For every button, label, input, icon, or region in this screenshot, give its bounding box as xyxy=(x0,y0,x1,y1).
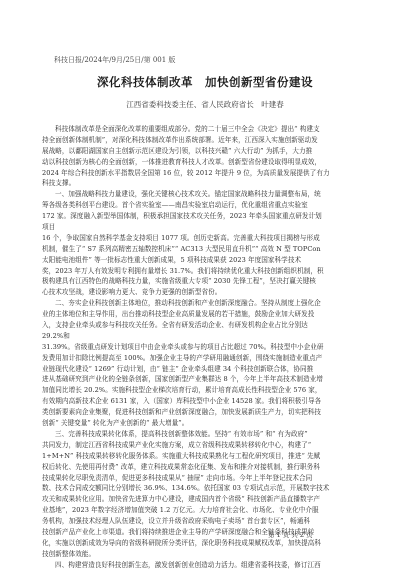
page-number: 第 1 页 共 2 页 xyxy=(268,530,313,539)
text-line: 展战略，以鄱阳湖国家自主创新示范区建设为引领，以科技兴赣“ 六大行动” 为抓手，… xyxy=(42,146,387,157)
text-line: 机制，催生了“ S7 系列高精密五轴数控机床”“ AC313 大型民用直升机”“… xyxy=(42,244,387,255)
text-line: 2024 年综合科技创新水平指数居全国第 16 位，较 2012 年提升 9 位… xyxy=(42,168,387,179)
text-line: 四、构建营造良好科技创新生态，激发创新创业创造动力活力。组建省委科技委，修订江西 xyxy=(42,560,387,571)
text-line: 技创新整体效能。 xyxy=(42,549,387,560)
text-line: 三、完善科技成果转化体系，提高科技创新整体效能。坚持“ 有效市场” 和“ 有为政… xyxy=(42,429,387,440)
publication-source: 科技日报/2024年/9月/25日/第 001 版 xyxy=(54,55,175,65)
text-line: 有效期内高新技术企业 6131 家，入（国家）库科技型中小企业 14528 家。… xyxy=(42,396,387,407)
text-line: 进从基础研究到产业化的全链条创新，国家创新型产业集群达 8 个，今年上半年高技术… xyxy=(42,374,387,385)
text-line: 筹各级各类科创平台建设。首个省实验室——南昌实验室启动运行，优化重组省重点实验室 xyxy=(42,200,387,211)
text-line: 项目 xyxy=(42,222,387,233)
text-line: 动以科技创新为核心的全面创新，一体推进教育科技人才改革。创新型省份建设取得明显成… xyxy=(42,157,387,168)
text-line: 数、技术合同成交额同比分别增长 36.9%、134.6%。依托国家 03 专项试… xyxy=(42,483,387,494)
text-line: 太阳能电池组件” 等一批标志性重大创新成果，5 项科技成果获 2023 年度国家… xyxy=(42,255,387,266)
text-line: 技成果转化尽职免责清单，促进更多科技成果从“ 抽屉” 走向市场。今年上半年登记技… xyxy=(42,473,387,484)
text-line: 技创新产品产业化上市渠道。我们将持续推进企业主导的产学研深度融合和全链条科技成果… xyxy=(42,527,387,538)
text-line: 业基地”，2023 年数字经济增加值突破 1.2 万亿元。大力培育社会化、市场化… xyxy=(42,505,387,516)
text-line: 29.2%和 xyxy=(42,331,387,342)
article-author: 江西省委科技委主任、省人民政府省长 叶建春 xyxy=(0,99,410,110)
text-line: 奖，2023 年万人有效发明专利拥有量增长 31.7%。我们将持续优化重大科技创… xyxy=(42,266,387,277)
text-line: 业链现代化建设“ 1269” 行动计划，由“ 链主” 企业牵头组建 34 个科技… xyxy=(42,364,387,375)
document-page: 科技日报/2024年/9月/25日/第 001 版 深化科技体制改革 加快创新型… xyxy=(0,0,410,580)
text-line: 入，支持企业牵头或参与科技攻关任务。全省有研发活动企业、有研发机构企业占比分别达 xyxy=(42,320,387,331)
text-line: 二、夯实企业科技创新主体地位，推动科技创新和产业创新深度融合。坚持从制度上强化企 xyxy=(42,298,387,309)
text-line: 攻关和成果转化应用。加快省先进算力中心建设，建成国内首个省级“ 科技创新产品直播… xyxy=(42,494,387,505)
text-line: 加值同比增长 20.2%。实施科技型企业梯次培育行动，累计培育高成长性科技型企业… xyxy=(42,385,387,396)
article-title: 深化科技体制改革 加快创新型省份建设 xyxy=(0,74,410,90)
text-line: 业的主体地位和主导作用，出台推动科技型企业高质量发展的若干措施，鼓励企业加大研发… xyxy=(42,309,387,320)
text-line: 一、加强战略科技力量建设，强化关键核心技术攻关。锚定国家战略科技力量调整布局，统 xyxy=(42,189,387,200)
text-line: 31.39%。省级重点研发计划项目中由企业牵头或参与的项目占比超过 70%。科技… xyxy=(42,342,387,353)
text-line: 科技体制改革是全面深化改革的重要组成部分。党的二十届三中全会《决定》提出“ 构建… xyxy=(42,124,387,135)
text-line: 1+M+N” 科技成果转移转化服务体系。实施重大科技成果熟化与工程化研究项目，推… xyxy=(42,451,387,462)
text-line: 化，实施以创新成效为导向的省级科研院所分类评估，深化职务科技成果赋权改革，加快提… xyxy=(42,538,387,549)
text-line: 科技支撑。 xyxy=(42,178,387,189)
text-line: 16 个，争取国家自然科学基金支持项目 1077 项。创历史新高。完善重大科技项… xyxy=(42,233,387,244)
text-line: 权后转化、先使用再付费” 改革，建立科技成果常态化征集、发布和推介对接机制，推行… xyxy=(42,462,387,473)
text-line: 持全面创新体制机制”，对深化科技体制改革作出系统部署。近年来，江西深入实施创新驱… xyxy=(42,135,387,146)
text-line: 极构建具有江西特色的战略科技力量，实施省级重大专项“ 2030 先锋工程”，坚决… xyxy=(42,276,387,287)
text-line: 共同发力，制定江西省科技成果产业化实施方案，成立省级科技成果转移转化中心，构建了… xyxy=(42,440,387,451)
article-body: 科技体制改革是全面深化改革的重要组成部分。党的二十届三中全会《决定》提出“ 构建… xyxy=(42,124,387,571)
text-line: 心技术攻坚战，建设影响力更大、竞争力更强的创新型省份。 xyxy=(42,287,387,298)
text-line: 务机构，加强技术经理人队伍建设，设立并升级省政府采购电子卖场“ 首台套专区”，畅… xyxy=(42,516,387,527)
text-line: 类创新要素向企业集聚，促进科技创新和产业创新深度融合，加快发展新质生产力，切实把… xyxy=(42,407,387,418)
text-line: 172 家。深度融入新型举国体制，积极承担国家技术攻关任务，2023 年牵头国家… xyxy=(42,211,387,222)
text-line: 创新“ 关键变量” 转化为产业创新的“ 最大增量”。 xyxy=(42,418,387,429)
text-line: 发费用加计扣除比例提高至 100%。加强企业主导的产学研用融通创新，围绕实施制造… xyxy=(42,353,387,364)
